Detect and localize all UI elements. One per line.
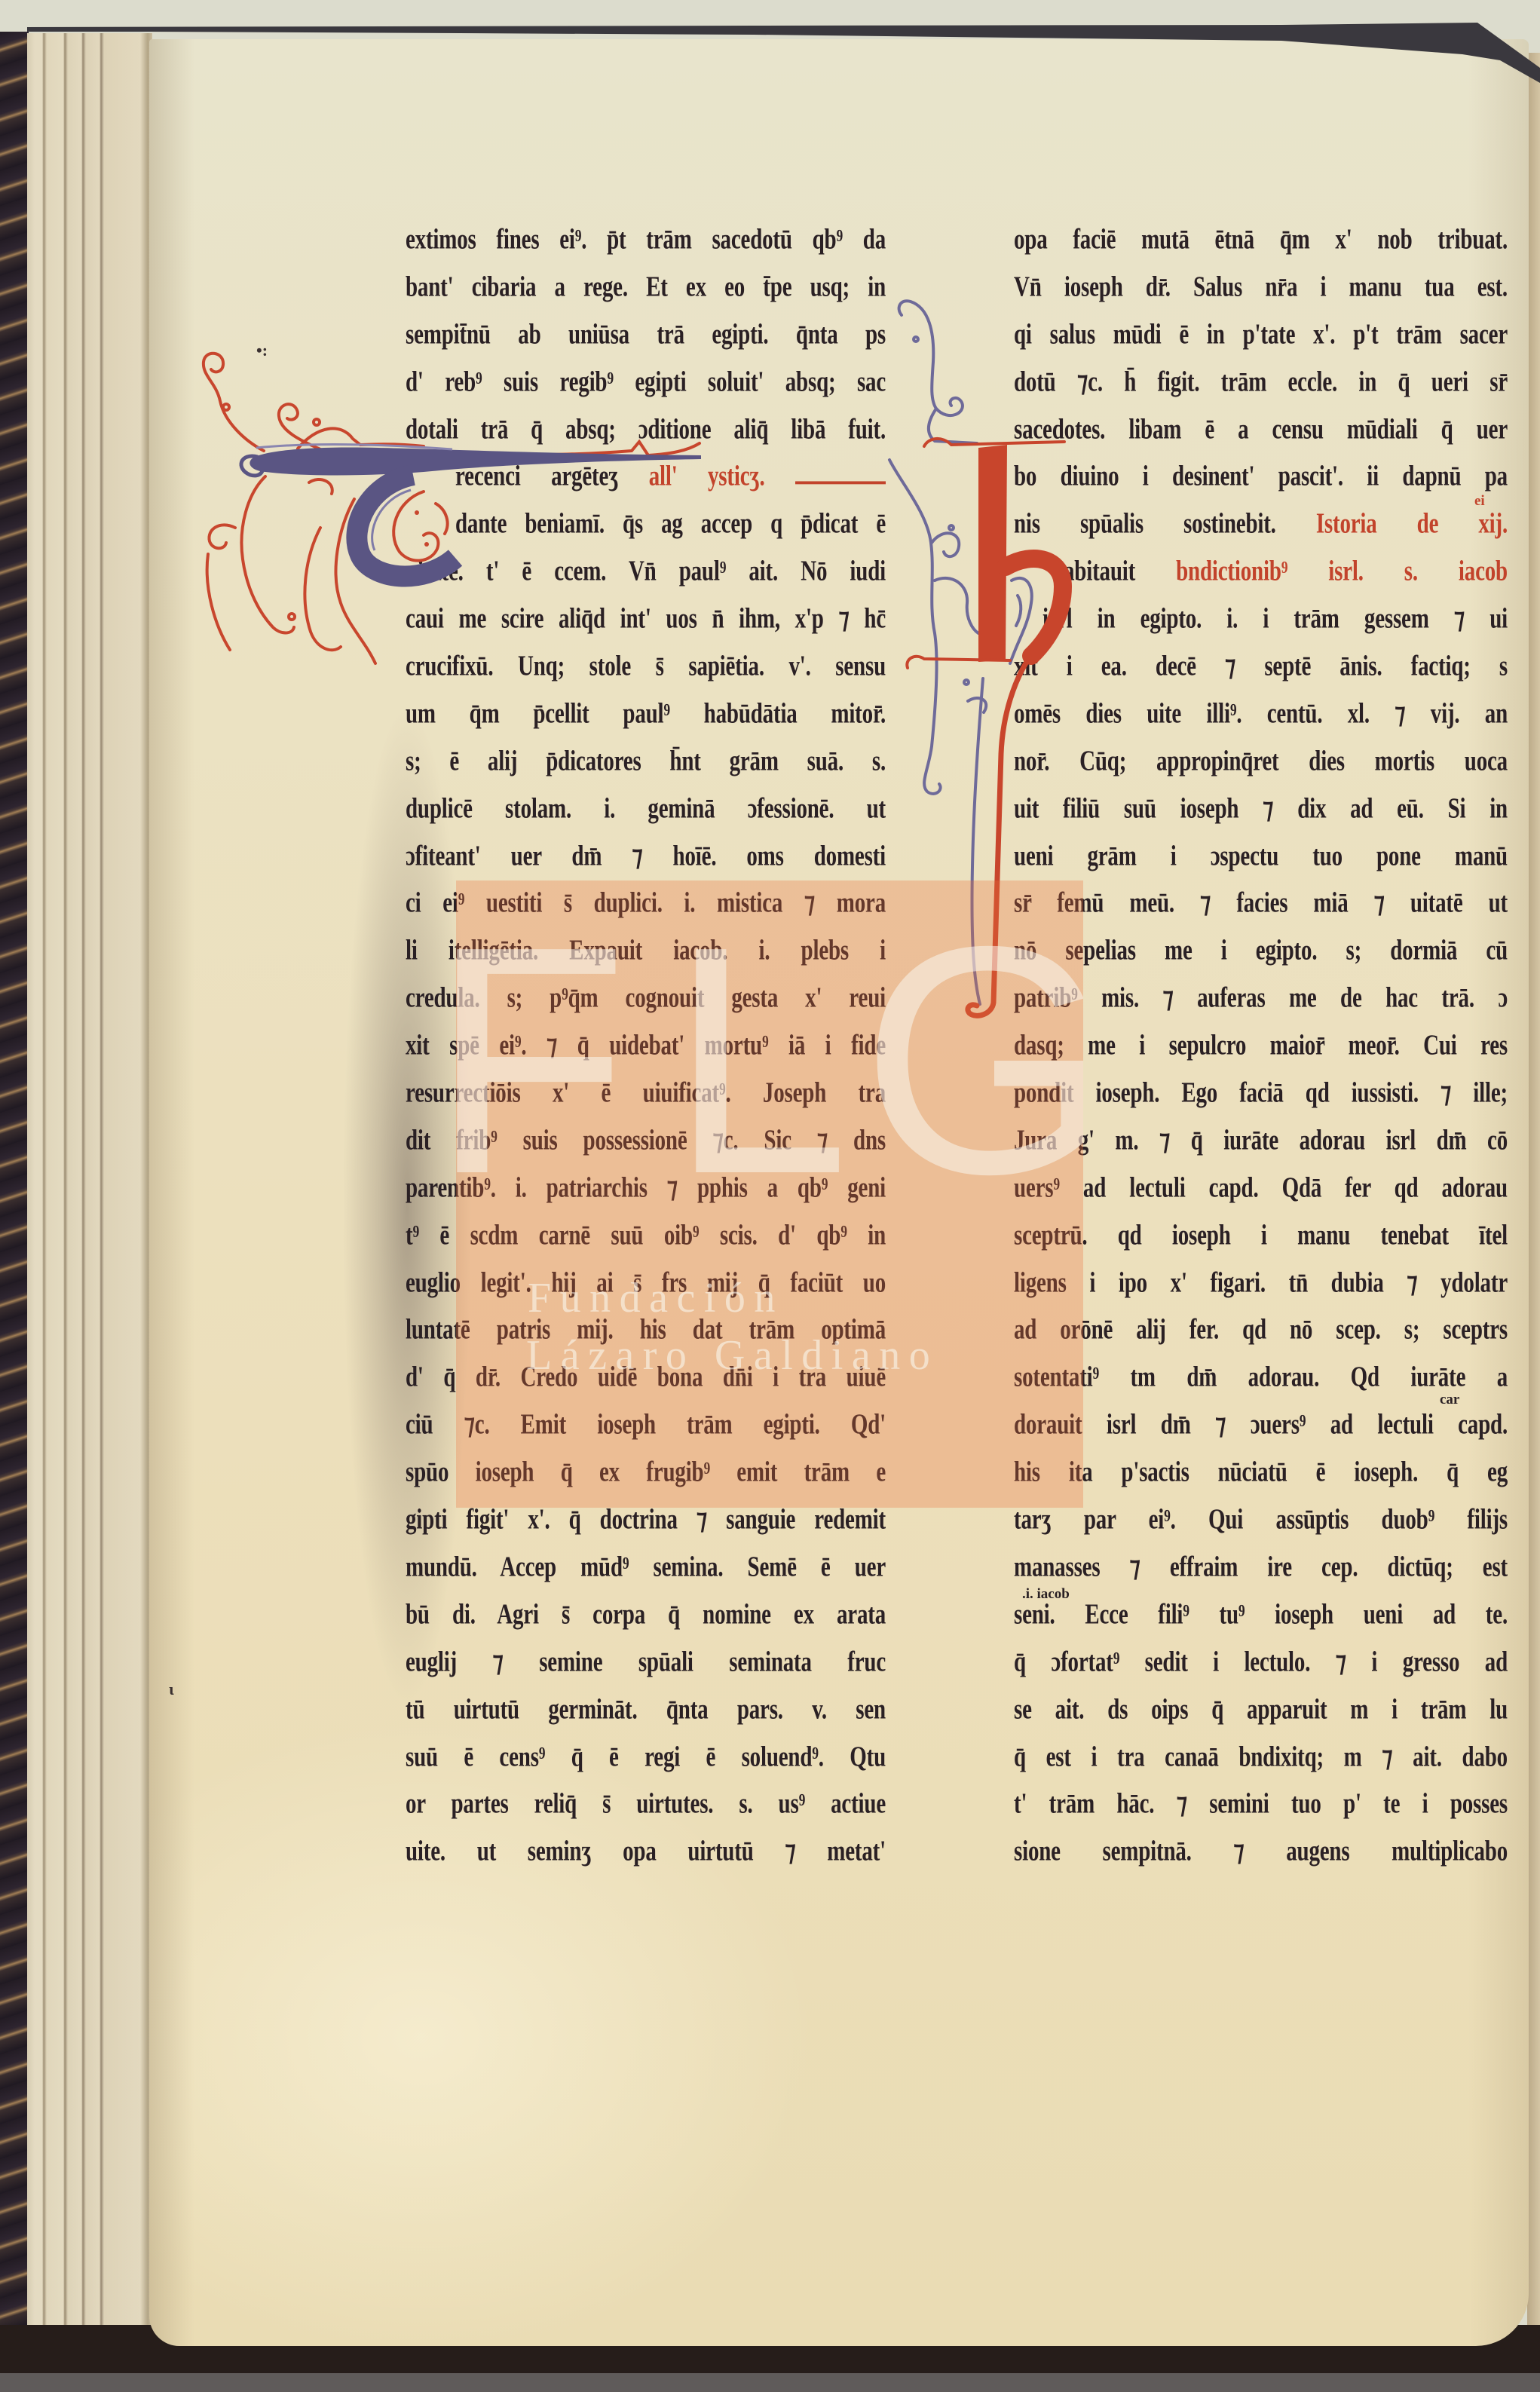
line-text: tū uirtutū germināt. q̄nta pars. v. sen (406, 1694, 886, 1726)
line-text: or partes reliq̄ s̄ uirtutes. s. us⁹ act… (406, 1789, 886, 1821)
line-text: xit i ea. decē ⁊ septē ānis. factiq; s (1014, 651, 1508, 682)
interlinear-gloss: car (1440, 1392, 1459, 1408)
line-text: manasses ⁊ effraim ire cep. dictūq; est (1014, 1551, 1508, 1583)
book-binding (0, 32, 29, 2328)
line-text: um q̄m p̄cellit paul⁹ habūdātia mitor̄. (406, 698, 886, 730)
background-surface (0, 2373, 1540, 2392)
line-text: Jura g' m. ⁊ q̄ iurāte adorau isrl dm̄ c… (1014, 1125, 1508, 1156)
margin-mark: •: (256, 341, 268, 360)
line-text: opa faciē mutā ētnā q̄m x' nob tribuat. (1014, 224, 1508, 256)
line-text: li itelligētia. Expauit iacob. i. plebs … (406, 935, 886, 966)
line-text: sceptrū. qd ioseph i manu tenebat ītel (1014, 1220, 1508, 1251)
line-text: euglij ⁊ semine spūali seminata fruc (406, 1646, 886, 1678)
line-text: his ita p'sactis nūciatū ē ioseph. q̄ eg (1014, 1456, 1508, 1488)
line-text: d' reb⁹ suis regib⁹ egipti soluit' absq;… (406, 366, 886, 398)
line-text: dotali trā q̄ absq; ɔditione aliq̄ libā … (406, 414, 886, 446)
line-text: ad orōnē alij fer. qd nō scep. s; sceptr… (1014, 1315, 1508, 1346)
line-text: s; ē alij p̄dicatores h̄nt grām suā. s. (406, 746, 886, 777)
line-text: nor̄. Cūq; appropinq̄ret dies mortis uoc… (1014, 746, 1508, 777)
line-text: ci ei⁹ uestiti s̄ duplici. i. mistica ⁊ … (406, 888, 886, 920)
line-text: qi salus mūdi ē in p'tate x'. p't trām s… (1014, 319, 1508, 351)
line-text: ɔfiteant' uer dm̄ ⁊ hoīē. oms domesti (406, 841, 886, 872)
line-text: dit frib⁹ suis possessionē ⁊c. Sic ⁊ dns (406, 1125, 886, 1156)
line-text: omēs dies uite illi⁹. centū. xl. ⁊ vij. … (1014, 698, 1508, 730)
line-text: credula. s; p⁹q̄m cognouit gesta x' reui (406, 982, 886, 1014)
line-text: uers⁹ ad lectuli capd. Qdā fer qd adorau (1014, 1172, 1508, 1204)
line-text: uit filiū suū ioseph ⁊ dix ad eū. Si in (1014, 793, 1508, 825)
text-line: sione sempitnā. ⁊ augens multiplicabo (1014, 1821, 1508, 1883)
line-text: mundū. Accep mūd⁹ semina. Semē ē uer (406, 1551, 886, 1583)
margin-mark: ɩ (169, 1680, 174, 1699)
line-text: uite. ut seminʒ opa uirtutū ⁊ metat' (406, 1836, 886, 1867)
line-text: dorauit isrl dm̄ ⁊ ɔuers⁹ ad lectuli cap… (1014, 1409, 1508, 1441)
line-text: abitauit (1064, 556, 1135, 587)
line-text: dotū ⁊c. h̄ figit. trām eccle. in q̄ uer… (1014, 366, 1508, 398)
text-line: uite. ut seminʒ opa uirtutū ⁊ metat' (406, 1821, 886, 1883)
line-text: se ait. ds oips q̄ apparuit m i trām lu (1014, 1694, 1508, 1726)
line-text: duplicē stolam. i. geminā ɔfessionē. ut (406, 793, 886, 825)
rubric: all' ysticʒ. (649, 461, 765, 493)
rubric-line-filler (795, 473, 886, 484)
line-text: xit spē ei⁹. ⁊ q̄ uidebat' mortu⁹ iā i f… (406, 1030, 886, 1061)
text-column-left: T extimos fines ei⁹. p̄t trām sacedotū q… (406, 217, 886, 1876)
line-text: q̄ est i tra canaā bndixitq; m ⁊ ait. da… (1014, 1741, 1508, 1773)
line-text: luntatē patris mij. his dat trām optimā (406, 1315, 886, 1346)
line-text: euglio legit'. hij ai s̄ frs mij q̄ faci… (406, 1267, 886, 1299)
line-text: suū ē cens⁹ q̄ ē regi ē soluend⁹. Qtu (406, 1741, 886, 1773)
line-text: nitatē. t' ē ccem. Vn̄ paul⁹ ait. Nō iud… (406, 556, 886, 587)
line-text: ciū ⁊c. Emit ioseph trām egipti. Qd' (406, 1409, 886, 1441)
text-column-right: H opa faciē mutā ētnā q̄m x' nob tribuat… (1014, 217, 1508, 1876)
page-edges-stack (27, 33, 152, 2328)
line-text: isrl in egipto. i. i trām gessem ⁊ ui (1042, 603, 1508, 635)
line-text: seni. Ecce fili⁹ tu⁹ ioseph ueni ad te. (1014, 1599, 1508, 1631)
line-text: spūo ioseph q̄ ex frugib⁹ emit trām e (406, 1456, 886, 1488)
line-text: sione sempitnā. ⁊ augens multiplicabo (1014, 1836, 1508, 1867)
line-text: nō sepelias me i egipto. s; dormiā cū (1014, 935, 1508, 966)
line-text: resurrectiōis x' ē uiuificat⁹. Joseph tr… (406, 1077, 886, 1109)
line-text: q̄ ɔfortat⁹ sedit i lectulo. ⁊ i gresso … (1014, 1646, 1508, 1678)
line-text: Vn̄ ioseph dr̄. Salus nr̄a i manu tua es… (1014, 271, 1508, 303)
line-text: dante beniamī. q̄s ag accep q p̄dicat ē (455, 508, 886, 540)
rubric: bndictionib⁹ isrl. s. iacob (1176, 556, 1508, 587)
line-text: dasq; me i sepulcro maior̄ meor̄. Cui re… (1014, 1030, 1508, 1061)
line-text: ligens i ipo x' figari. tn̄ dubia ⁊ ydol… (1014, 1267, 1508, 1299)
line-text: sotentati⁹ tm dm̄ adorau. Qd iurāte a (1014, 1361, 1508, 1393)
page-edges-right (1527, 53, 1540, 2337)
line-text: bo diuino i desinent' pascit'. ii dapnū … (1014, 461, 1508, 493)
line-text: bū di. Agri s̄ corpa q̄ nomine ex arata (406, 1599, 886, 1631)
line-text: caui me scire aliq̄d int' uos n̄ ihm, x'… (406, 603, 886, 635)
line-text: ueni grām i ɔspectu tuo pone manū (1014, 841, 1508, 872)
line-text: t⁹ ē scdm carnē suū oib⁹ scis. d' qb⁹ in (406, 1220, 886, 1251)
line-text: tarʒ par ei⁹. Qui assūptis duob⁹ filijs (1014, 1504, 1508, 1536)
line-text: recenci argēteʒ (455, 461, 618, 493)
line-text: d' q̄ dr̄. Credo uidē bona dn̄i i tra ui… (406, 1361, 886, 1393)
line-text: bant' cibaria a rege. Et ex eo t̄pe usq;… (406, 271, 886, 303)
interlinear-gloss: .i. iacob (1022, 1586, 1070, 1603)
line-text: pondit ioseph. Ego faciā qd iussisti. ⁊ … (1014, 1077, 1508, 1109)
line-text: parentib⁹. i. patriarchis ⁊ pphis a qb⁹ … (406, 1172, 886, 1204)
rubric: Istoria de xij. (1316, 508, 1508, 540)
interlinear-gloss: ei (1474, 493, 1485, 510)
line-text: nis spūalis sostinebit. (1014, 508, 1276, 540)
line-text: patrib⁹ mis. ⁊ auferas me de hac trā. ɔ (1014, 982, 1508, 1014)
line-text: sacedotes. libam ē a censu mūdiali q̄ ue… (1014, 414, 1508, 446)
line-text: gipti figit' x'. q̄ doctrina ⁊ sanguie r… (406, 1504, 886, 1536)
line-text: t' trām hāc. ⁊ semini tuo p' te i posses (1014, 1789, 1508, 1821)
line-text: extimos fines ei⁹. p̄t trām sacedotū qb⁹… (406, 224, 886, 256)
line-text: crucifixū. Unq; stole s̄ sapiētia. v'. s… (406, 651, 886, 682)
line-text: sr̄ femū meū. ⁊ facies miā ⁊ uitatē ut (1014, 888, 1508, 920)
line-text: sempit̄nū ab uniūsa trā egipti. q̄nta ps (406, 319, 886, 351)
